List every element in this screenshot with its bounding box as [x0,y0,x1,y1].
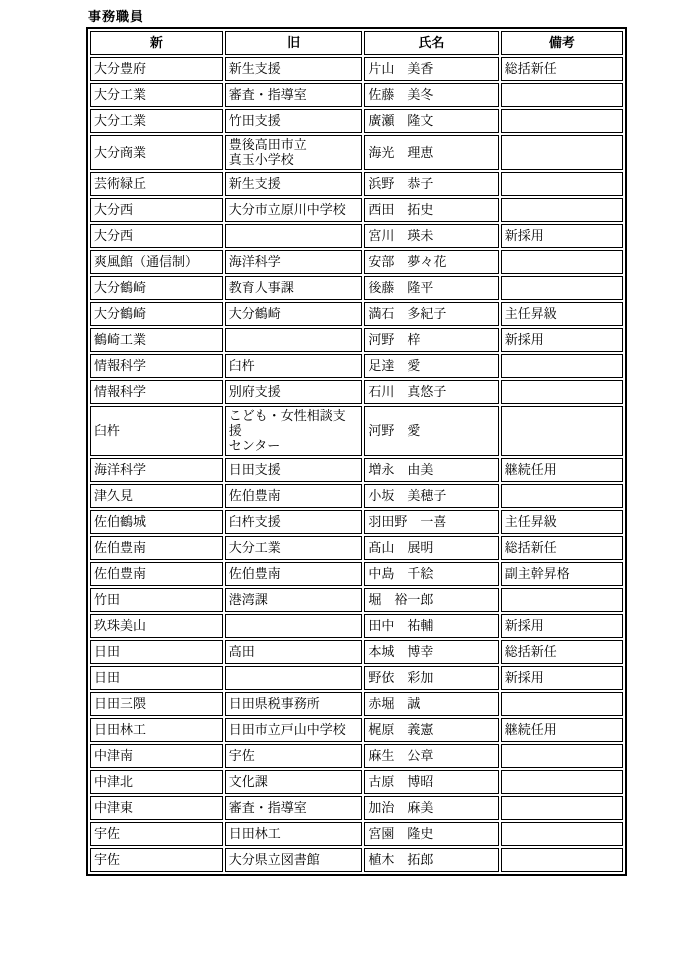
table-row: 大分西宮川 瑛未新採用 [90,224,623,248]
cell-old: 日田市立戸山中学校 [225,718,363,742]
cell-old: 大分市立原川中学校 [225,198,363,222]
cell-name: 増永 由美 [364,458,498,482]
cell-new: 海洋科学 [90,458,223,482]
cell-new: 佐伯豊南 [90,536,223,560]
cell-name: 梶原 義憲 [364,718,498,742]
cell-name: 羽田野 一喜 [364,510,498,534]
cell-new: 大分鶴崎 [90,302,223,326]
cell-new: 日田林工 [90,718,223,742]
cell-remarks: 主任昇級 [501,510,623,534]
cell-new: 大分西 [90,198,223,222]
table-row: 臼杵こども・女性相談支援 センター河野 愛 [90,406,623,456]
cell-new: 大分工業 [90,83,223,107]
cell-name: 河野 梓 [364,328,498,352]
table-row: 芸術緑丘新生支援浜野 恭子 [90,172,623,196]
page-title: 事務職員 [88,6,144,25]
cell-name: 本城 博幸 [364,640,498,664]
cell-new: 大分商業 [90,135,223,170]
table-body: 大分豊府新生支援片山 美香総括新任大分工業審査・指導室佐藤 美冬大分工業竹田支援… [90,57,623,872]
cell-name: 満石 多紀子 [364,302,498,326]
cell-old [225,666,363,690]
cell-remarks [501,744,623,768]
table-row: 大分鶴崎教育人事課後藤 隆平 [90,276,623,300]
cell-new: 宇佐 [90,822,223,846]
cell-remarks [501,484,623,508]
cell-name: 河野 愛 [364,406,498,456]
table-row: 中津南宇佐麻生 公章 [90,744,623,768]
cell-old: 日田林工 [225,822,363,846]
table-row: 中津北文化課古原 博昭 [90,770,623,794]
cell-new: 宇佐 [90,848,223,872]
header-remarks: 備考 [501,31,623,55]
cell-new: 佐伯豊南 [90,562,223,586]
table-row: 大分鶴崎大分鶴崎満石 多紀子主任昇級 [90,302,623,326]
cell-old: 審査・指導室 [225,83,363,107]
table-row: 日田林工日田市立戸山中学校梶原 義憲継続任用 [90,718,623,742]
cell-new: 中津東 [90,796,223,820]
cell-remarks [501,109,623,133]
cell-new: 日田 [90,666,223,690]
table-row: 佐伯豊南佐伯豊南中島 千絵副主幹昇格 [90,562,623,586]
cell-remarks [501,172,623,196]
cell-old: 豊後高田市立 真玉小学校 [225,135,363,170]
cell-name: 中島 千絵 [364,562,498,586]
cell-old: 大分県立図書館 [225,848,363,872]
header-new: 新 [90,31,223,55]
cell-remarks: 総括新任 [501,640,623,664]
cell-new: 日田 [90,640,223,664]
cell-old: 新生支援 [225,57,363,81]
cell-remarks [501,770,623,794]
cell-name: 宮川 瑛未 [364,224,498,248]
table-row: 海洋科学日田支援増永 由美継続任用 [90,458,623,482]
table-row: 佐伯豊南大分工業髙山 展明総括新任 [90,536,623,560]
cell-remarks: 継続任用 [501,718,623,742]
cell-old: 審査・指導室 [225,796,363,820]
header-name: 氏名 [364,31,498,55]
table-row: 大分豊府新生支援片山 美香総括新任 [90,57,623,81]
cell-new: 大分西 [90,224,223,248]
table-row: 日田三隈日田県税事務所赤堀 誠 [90,692,623,716]
cell-remarks [501,848,623,872]
cell-remarks: 総括新任 [501,536,623,560]
cell-old: 大分鶴崎 [225,302,363,326]
cell-remarks [501,354,623,378]
table-row: 宇佐大分県立図書館植木 拓郎 [90,848,623,872]
cell-remarks [501,796,623,820]
table-row: 大分工業竹田支援廣瀬 隆文 [90,109,623,133]
cell-new: 情報科学 [90,380,223,404]
cell-name: 麻生 公章 [364,744,498,768]
table-row: 大分西大分市立原川中学校西田 拓史 [90,198,623,222]
cell-name: 髙山 展明 [364,536,498,560]
cell-old [225,614,363,638]
table-row: 大分商業豊後高田市立 真玉小学校海光 理恵 [90,135,623,170]
cell-old: 竹田支援 [225,109,363,133]
table-row: 宇佐日田林工宮園 隆史 [90,822,623,846]
cell-name: 石川 真悠子 [364,380,498,404]
cell-name: 足達 愛 [364,354,498,378]
cell-remarks [501,135,623,170]
cell-old: 日田県税事務所 [225,692,363,716]
cell-remarks [501,276,623,300]
table-row: 情報科学別府支援石川 真悠子 [90,380,623,404]
cell-name: 堀 裕一郎 [364,588,498,612]
cell-new: 臼杵 [90,406,223,456]
staff-transfer-table: 新 旧 氏名 備考 大分豊府新生支援片山 美香総括新任大分工業審査・指導室佐藤 … [86,27,627,876]
cell-old: 臼杵支援 [225,510,363,534]
table-row: 情報科学臼杵足達 愛 [90,354,623,378]
cell-remarks [501,406,623,456]
cell-old: 佐伯豊南 [225,484,363,508]
cell-new: 日田三隈 [90,692,223,716]
cell-remarks [501,250,623,274]
cell-name: 田中 祐輔 [364,614,498,638]
cell-old: 宇佐 [225,744,363,768]
table-row: 爽風館（通信制）海洋科学安部 夢々花 [90,250,623,274]
cell-remarks: 総括新任 [501,57,623,81]
cell-new: 佐伯鶴城 [90,510,223,534]
table-row: 佐伯鶴城臼杵支援羽田野 一喜主任昇級 [90,510,623,534]
cell-new: 玖珠美山 [90,614,223,638]
table-row: 津久見佐伯豊南小坂 美穂子 [90,484,623,508]
table-row: 竹田港湾課堀 裕一郎 [90,588,623,612]
cell-name: 加治 麻美 [364,796,498,820]
cell-name: 安部 夢々花 [364,250,498,274]
cell-new: 芸術緑丘 [90,172,223,196]
header-old: 旧 [225,31,363,55]
cell-remarks: 新採用 [501,614,623,638]
cell-remarks [501,83,623,107]
cell-old: 日田支援 [225,458,363,482]
cell-name: 廣瀬 隆文 [364,109,498,133]
cell-name: 海光 理恵 [364,135,498,170]
cell-name: 小坂 美穂子 [364,484,498,508]
cell-name: 片山 美香 [364,57,498,81]
cell-old: 港湾課 [225,588,363,612]
cell-old: 文化課 [225,770,363,794]
cell-old [225,224,363,248]
cell-remarks: 継続任用 [501,458,623,482]
cell-remarks: 新採用 [501,224,623,248]
cell-remarks: 新採用 [501,328,623,352]
cell-new: 情報科学 [90,354,223,378]
cell-new: 中津北 [90,770,223,794]
cell-old: 別府支援 [225,380,363,404]
table-row: 鶴崎工業河野 梓新採用 [90,328,623,352]
cell-remarks: 新採用 [501,666,623,690]
table-row: 日田高田本城 博幸総括新任 [90,640,623,664]
cell-remarks [501,692,623,716]
cell-old: 臼杵 [225,354,363,378]
cell-name: 後藤 隆平 [364,276,498,300]
cell-name: 野依 彩加 [364,666,498,690]
table-row: 大分工業審査・指導室佐藤 美冬 [90,83,623,107]
cell-old: こども・女性相談支援 センター [225,406,363,456]
cell-name: 古原 博昭 [364,770,498,794]
cell-new: 大分豊府 [90,57,223,81]
cell-remarks [501,198,623,222]
cell-name: 赤堀 誠 [364,692,498,716]
cell-name: 佐藤 美冬 [364,83,498,107]
cell-old [225,328,363,352]
cell-old: 新生支援 [225,172,363,196]
cell-old: 高田 [225,640,363,664]
cell-name: 浜野 恭子 [364,172,498,196]
cell-remarks [501,380,623,404]
table-header: 新 旧 氏名 備考 [90,31,623,55]
cell-old: 海洋科学 [225,250,363,274]
cell-remarks: 副主幹昇格 [501,562,623,586]
header-row: 新 旧 氏名 備考 [90,31,623,55]
cell-remarks: 主任昇級 [501,302,623,326]
cell-new: 爽風館（通信制） [90,250,223,274]
document-page: 事務職員 新 旧 氏名 備考 大分豊府新生支援片山 美香総括新任大分工業審査・指… [0,0,680,961]
cell-new: 大分鶴崎 [90,276,223,300]
cell-name: 植木 拓郎 [364,848,498,872]
cell-new: 津久見 [90,484,223,508]
cell-new: 竹田 [90,588,223,612]
cell-old: 教育人事課 [225,276,363,300]
cell-name: 宮園 隆史 [364,822,498,846]
cell-new: 鶴崎工業 [90,328,223,352]
cell-name: 西田 拓史 [364,198,498,222]
cell-new: 中津南 [90,744,223,768]
table-row: 中津東審査・指導室加治 麻美 [90,796,623,820]
cell-old: 佐伯豊南 [225,562,363,586]
table-row: 玖珠美山田中 祐輔新採用 [90,614,623,638]
cell-remarks [501,822,623,846]
cell-old: 大分工業 [225,536,363,560]
cell-new: 大分工業 [90,109,223,133]
table-row: 日田野依 彩加新採用 [90,666,623,690]
cell-remarks [501,588,623,612]
